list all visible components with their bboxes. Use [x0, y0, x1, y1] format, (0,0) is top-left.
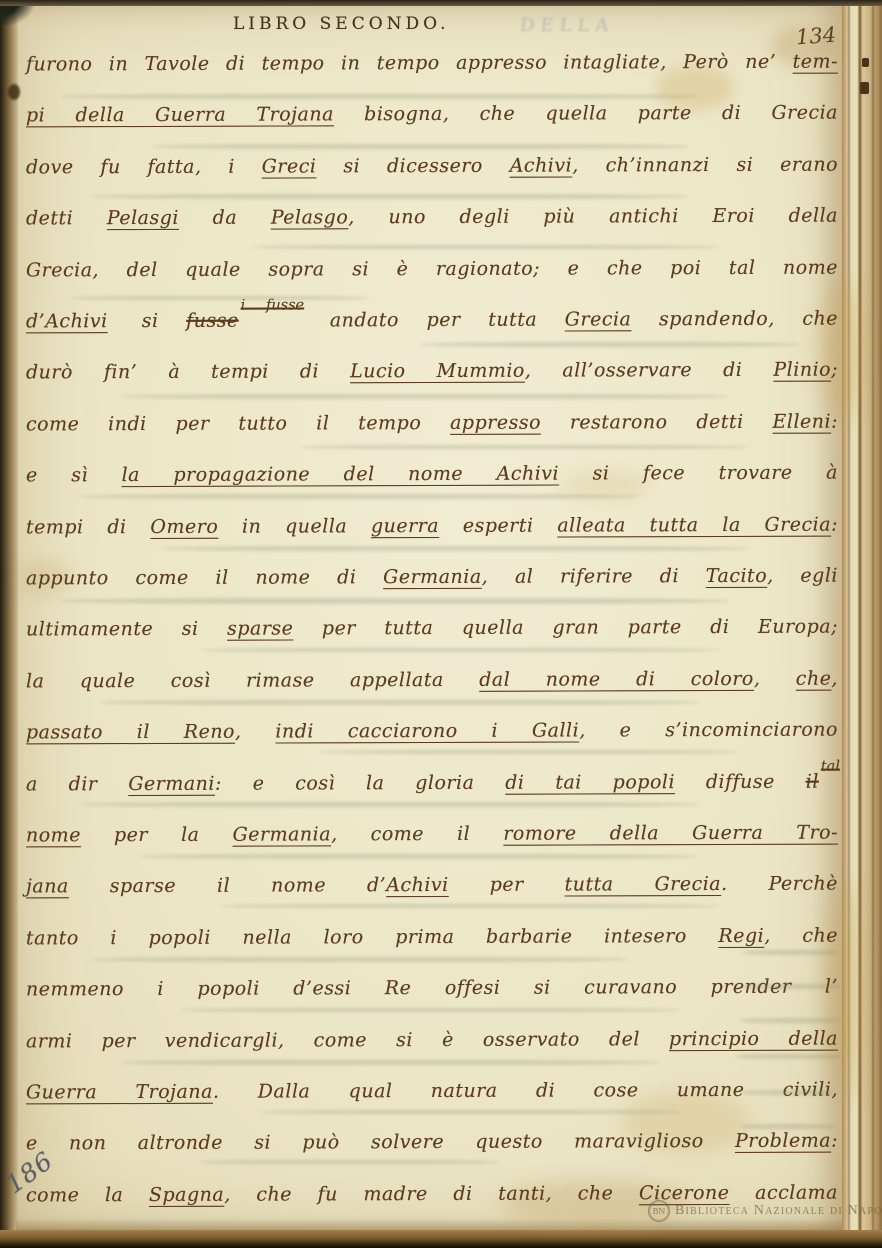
manuscript-line: detti Pelasgi da Pelasgo, uno degli più …	[26, 205, 838, 242]
manuscript-word: si	[142, 310, 187, 332]
manuscript-line: d’Achivisi fussei fusse andato per tutta…	[26, 308, 838, 345]
manuscript-line: come indi per tutto il tempo appresso re…	[26, 410, 838, 447]
manuscript-line: la quale così rimase appellata dal nome …	[26, 667, 838, 704]
manuscript-word: , al riferire di	[482, 565, 706, 588]
manuscript-word: da	[179, 207, 271, 229]
manuscript-line: e sì la propagazione del nome Achivi si …	[26, 462, 838, 499]
manuscript-line: passato il Reno, indi cacciarono i Galli…	[26, 719, 838, 756]
underlined-word: guerra	[371, 515, 439, 537]
underlined-word: Omero	[150, 515, 218, 537]
manuscript-word: diffuse	[675, 770, 806, 792]
underlined-word: nome	[26, 824, 81, 846]
underlined-word: Elleni	[772, 410, 831, 432]
manuscript-word: , ch’innanzi si erano	[572, 153, 838, 176]
manuscript-word: armi per vendicargli, come si è osservat…	[26, 1028, 669, 1052]
underlined-word: Germania	[233, 823, 332, 845]
underlined-word: Germania	[383, 566, 482, 588]
underlined-word: Pelasgo	[271, 206, 349, 228]
manuscript-word: restarono detti	[541, 411, 773, 434]
manuscript-word: Grecia, del quale sopra si è ragionato; …	[26, 256, 838, 281]
manuscript-word: sparse il nome d’	[69, 875, 387, 898]
manuscript-word: ,	[235, 721, 275, 743]
manuscript-word: ;	[831, 359, 838, 381]
manuscript-word: :	[831, 410, 838, 432]
manuscript-word: . Perchè	[721, 873, 838, 895]
underlined-word: passato il Reno	[26, 721, 235, 744]
manuscript-word: e sì	[26, 464, 122, 486]
manuscript-line: armi per vendicargli, come si è osservat…	[26, 1027, 838, 1064]
manuscript-word: dove fu fatta, i	[26, 155, 262, 178]
manuscript-line: nome per la Germania, come il romore del…	[26, 822, 838, 859]
manuscript-word: in quella	[218, 515, 371, 538]
manuscript-word: spandendo, che	[631, 308, 838, 331]
manuscript-line: nemmeno i popoli d’essi Re offesi si cur…	[26, 976, 838, 1013]
manuscript-word: , egli	[767, 565, 838, 587]
underlined-word: Problema	[735, 1130, 831, 1152]
underlined-word: alleata tutta la Grecia	[557, 513, 831, 536]
underlined-word: indi cacciarono i Galli	[275, 720, 579, 743]
manuscript-word: appunto come il nome di	[26, 566, 383, 589]
manuscript-word: ultimamente si	[26, 618, 227, 641]
manuscript-word: bisogna, che quella parte di Grecia	[334, 102, 838, 126]
underlined-word: Spagna	[149, 1184, 224, 1206]
interlinear-insertion: tal	[821, 758, 840, 774]
manuscript-word: tempi di	[26, 516, 150, 538]
manuscript-line: appunto come il nome di Germania, al rif…	[26, 565, 838, 602]
underlined-word: Guerra Trojana	[26, 1081, 213, 1104]
underlined-word: Plinio	[773, 359, 831, 381]
manuscript-word: si fece trovare à	[559, 462, 838, 485]
manuscript-line: pi della Guerra Trojana bisogna, che que…	[26, 102, 838, 139]
manuscript-word: durò fin’ à tempi di	[26, 361, 350, 384]
manuscript-line: Grecia, del quale sopra si è ragionato; …	[26, 256, 838, 293]
underlined-word: dal nome di coloro	[479, 668, 754, 691]
manuscript-word: andato per tutta	[302, 309, 565, 332]
manuscript-line: Guerra Trojana. Dalla qual natura di cos…	[26, 1079, 838, 1116]
underlined-word: pi della Guerra Trojana	[26, 104, 334, 127]
library-stamp: BN Biblioteca Nazionale di Napoli	[648, 1199, 882, 1223]
manuscript-word: :	[831, 513, 838, 535]
manuscript-text-block: furono in Tavole di tempo in tempo appre…	[0, 0, 882, 1248]
underlined-word: tutta Grecia	[565, 873, 722, 896]
struck-word: iltal	[806, 770, 838, 792]
manuscript-word: per la	[81, 824, 233, 847]
interlinear-insertion: i fusse	[241, 297, 305, 313]
manuscript-word: e non altronde si può solvere questo mar…	[26, 1130, 735, 1154]
underlined-word: tem-	[793, 51, 838, 73]
manuscript-word: detti	[26, 207, 107, 229]
manuscript-word: , all’osservare di	[525, 359, 774, 382]
manuscript-word: :	[831, 1130, 838, 1152]
manuscript-word: , che	[764, 924, 838, 946]
underlined-word: principio della	[669, 1027, 838, 1050]
underlined-word: sparse	[227, 618, 293, 640]
library-stamp-text: Biblioteca Nazionale di Napoli	[675, 1203, 882, 1219]
manuscript-word: per	[449, 874, 565, 896]
underlined-word: Pelasgi	[107, 207, 179, 229]
manuscript-line: durò fin’ à tempi di Lucio Mummio, all’o…	[26, 359, 838, 396]
manuscript-word: per tutta quella gran parte di Europa;	[293, 616, 838, 640]
underlined-word: Lucio Mummio	[350, 360, 525, 383]
underlined-word: appresso	[450, 411, 541, 433]
underlined-word: di tai popoli	[505, 771, 675, 794]
manuscript-word: nemmeno i popoli d’essi Re offesi si cur…	[26, 976, 838, 1001]
manuscript-word: furono in Tavole di tempo in tempo appre…	[26, 51, 793, 76]
manuscript-word: la quale così rimase appellata	[26, 669, 479, 693]
manuscript-word: : e così la gloria	[215, 771, 505, 794]
manuscript-word: ,	[754, 668, 796, 690]
manuscript-line: e non altronde si può solvere questo mar…	[26, 1130, 838, 1167]
manuscript-line: ultimamente si sparse per tutta quella g…	[26, 616, 838, 653]
underlined-word: romore della Guerra Tro-	[503, 822, 838, 845]
underlined-word: d’Achivi	[26, 310, 108, 332]
manuscript-line: furono in Tavole di tempo in tempo appre…	[26, 51, 838, 88]
manuscript-line: tanto i popoli nella loro prima barbarie…	[26, 924, 838, 961]
manuscript-word: , e s’incominciarono	[579, 719, 838, 742]
manuscript-word: esperti	[439, 514, 557, 536]
underlined-word: Regi	[718, 925, 764, 947]
manuscript-line: dove fu fatta, i Greci si dicessero Achi…	[26, 153, 838, 190]
manuscript-word: . Dalla qual natura di cose umane civili…	[213, 1079, 838, 1103]
manuscript-word: come la	[26, 1184, 149, 1206]
underlined-word: Achivi	[510, 154, 573, 176]
manuscript-word: tanto i popoli nella loro prima barbarie…	[26, 925, 718, 949]
manuscript-line: a dir Germani: e così la gloria di tai p…	[26, 770, 838, 807]
underlined-word: Germani	[128, 772, 215, 794]
underlined-word: Tacito	[706, 565, 767, 587]
library-stamp-icon: BN	[648, 1200, 670, 1222]
manuscript-word: ,	[831, 667, 838, 689]
underlined-word: jana	[26, 876, 69, 898]
struck-word: fussei fusse	[186, 309, 302, 331]
underlined-word: Grecia	[565, 308, 632, 330]
underlined-word: che	[796, 667, 832, 689]
manuscript-word: , che fu madre di tanti, che	[224, 1182, 639, 1205]
manuscript-line: jana sparse il nome d’Achivi per tutta G…	[26, 873, 838, 910]
manuscript-word: si dicessero	[316, 155, 509, 178]
underlined-word: Greci	[262, 155, 317, 177]
underlined-word: la propagazione del nome Achivi	[122, 463, 560, 487]
manuscript-word: , come il	[331, 823, 503, 846]
manuscript-word: , uno degli più antichi Eroi della	[348, 205, 838, 229]
manuscript-line: tempi di Omero in quella guerra esperti …	[26, 513, 838, 550]
manuscript-word: a dir	[26, 773, 128, 795]
manuscript-word: come indi per tutto il tempo	[26, 412, 450, 435]
underlined-word: Achivi	[386, 874, 449, 896]
